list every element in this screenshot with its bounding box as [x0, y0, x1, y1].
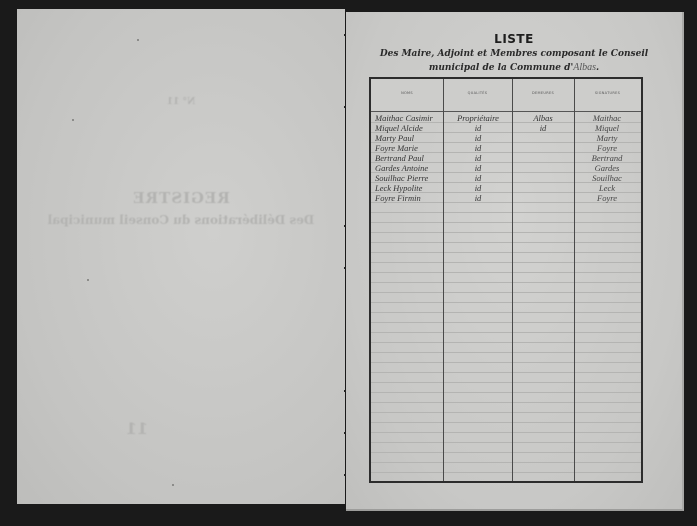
- member-signature: Foyre: [577, 193, 637, 203]
- member-signature: Foyre: [577, 143, 637, 153]
- member-residence: Albas: [513, 113, 573, 123]
- column-header-qualities: QUALITÉS: [443, 91, 512, 95]
- member-name: Marty Paul: [375, 133, 441, 143]
- member-name: Maithac Casimir: [375, 113, 441, 123]
- member-name: Souilhac Pierre: [375, 173, 441, 183]
- member-quality: id: [445, 133, 511, 143]
- subtitle-prefix: municipal de la Commune d': [429, 63, 573, 73]
- column-header-names: NOMS: [371, 91, 443, 95]
- member-signature: Souilhac: [577, 173, 637, 183]
- member-quality: id: [445, 123, 511, 133]
- paper-speck: [172, 484, 174, 486]
- member-quality: id: [445, 173, 511, 183]
- ghost-text: Des Délibérations du Conseil municipal: [17, 213, 345, 227]
- ghost-text: N° 11: [17, 97, 345, 107]
- member-residence: id: [513, 123, 573, 133]
- member-name: Gardes Antoine: [375, 163, 441, 173]
- paper-speck: [87, 279, 89, 281]
- member-quality: id: [445, 163, 511, 173]
- member-quality: id: [445, 153, 511, 163]
- subtitle-line-1: Des Maire, Adjoint et Membres composant …: [346, 48, 682, 61]
- member-quality: id: [445, 193, 511, 203]
- member-name: Miquel Alcide: [375, 123, 441, 133]
- ghost-text: 11: [117, 419, 157, 438]
- member-signature: Maithac: [577, 113, 637, 123]
- member-name: Bertrand Paul: [375, 153, 441, 163]
- subtitle-line-2: municipal de la Commune d'Albas.: [346, 61, 682, 75]
- table-header: NOMS QUALITÉS DEMEURES SIGNATURES: [371, 79, 641, 112]
- page-title: LISTE: [346, 32, 682, 46]
- column-header-residences: DEMEURES: [512, 91, 574, 95]
- ghost-text: REGISTRE: [17, 189, 345, 207]
- commune-name: Albas: [573, 62, 596, 73]
- paper-speck: [72, 119, 74, 121]
- table-row: Foyre Firmin id Foyre: [371, 194, 641, 204]
- member-name: Foyre Marie: [375, 143, 441, 153]
- paper-speck: [137, 39, 139, 41]
- member-quality: Propriétaire: [445, 113, 511, 123]
- member-signature: Leck: [577, 183, 637, 193]
- member-quality: id: [445, 183, 511, 193]
- member-signature: Bertrand: [577, 153, 637, 163]
- right-page: LISTE Des Maire, Adjoint et Membres comp…: [346, 12, 684, 511]
- member-name: Foyre Firmin: [375, 193, 441, 203]
- member-signature: Gardes: [577, 163, 637, 173]
- member-quality: id: [445, 143, 511, 153]
- members-table: NOMS QUALITÉS DEMEURES SIGNATURES Maitha…: [369, 77, 643, 483]
- page-subtitle: Des Maire, Adjoint et Membres composant …: [346, 48, 682, 75]
- left-page: N° 11 REGISTRE Des Délibérations du Cons…: [17, 9, 345, 504]
- member-signature: Marty: [577, 133, 637, 143]
- member-signature: Miquel: [577, 123, 637, 133]
- column-header-signatures: SIGNATURES: [574, 91, 641, 95]
- member-name: Leck Hypolite: [375, 183, 441, 193]
